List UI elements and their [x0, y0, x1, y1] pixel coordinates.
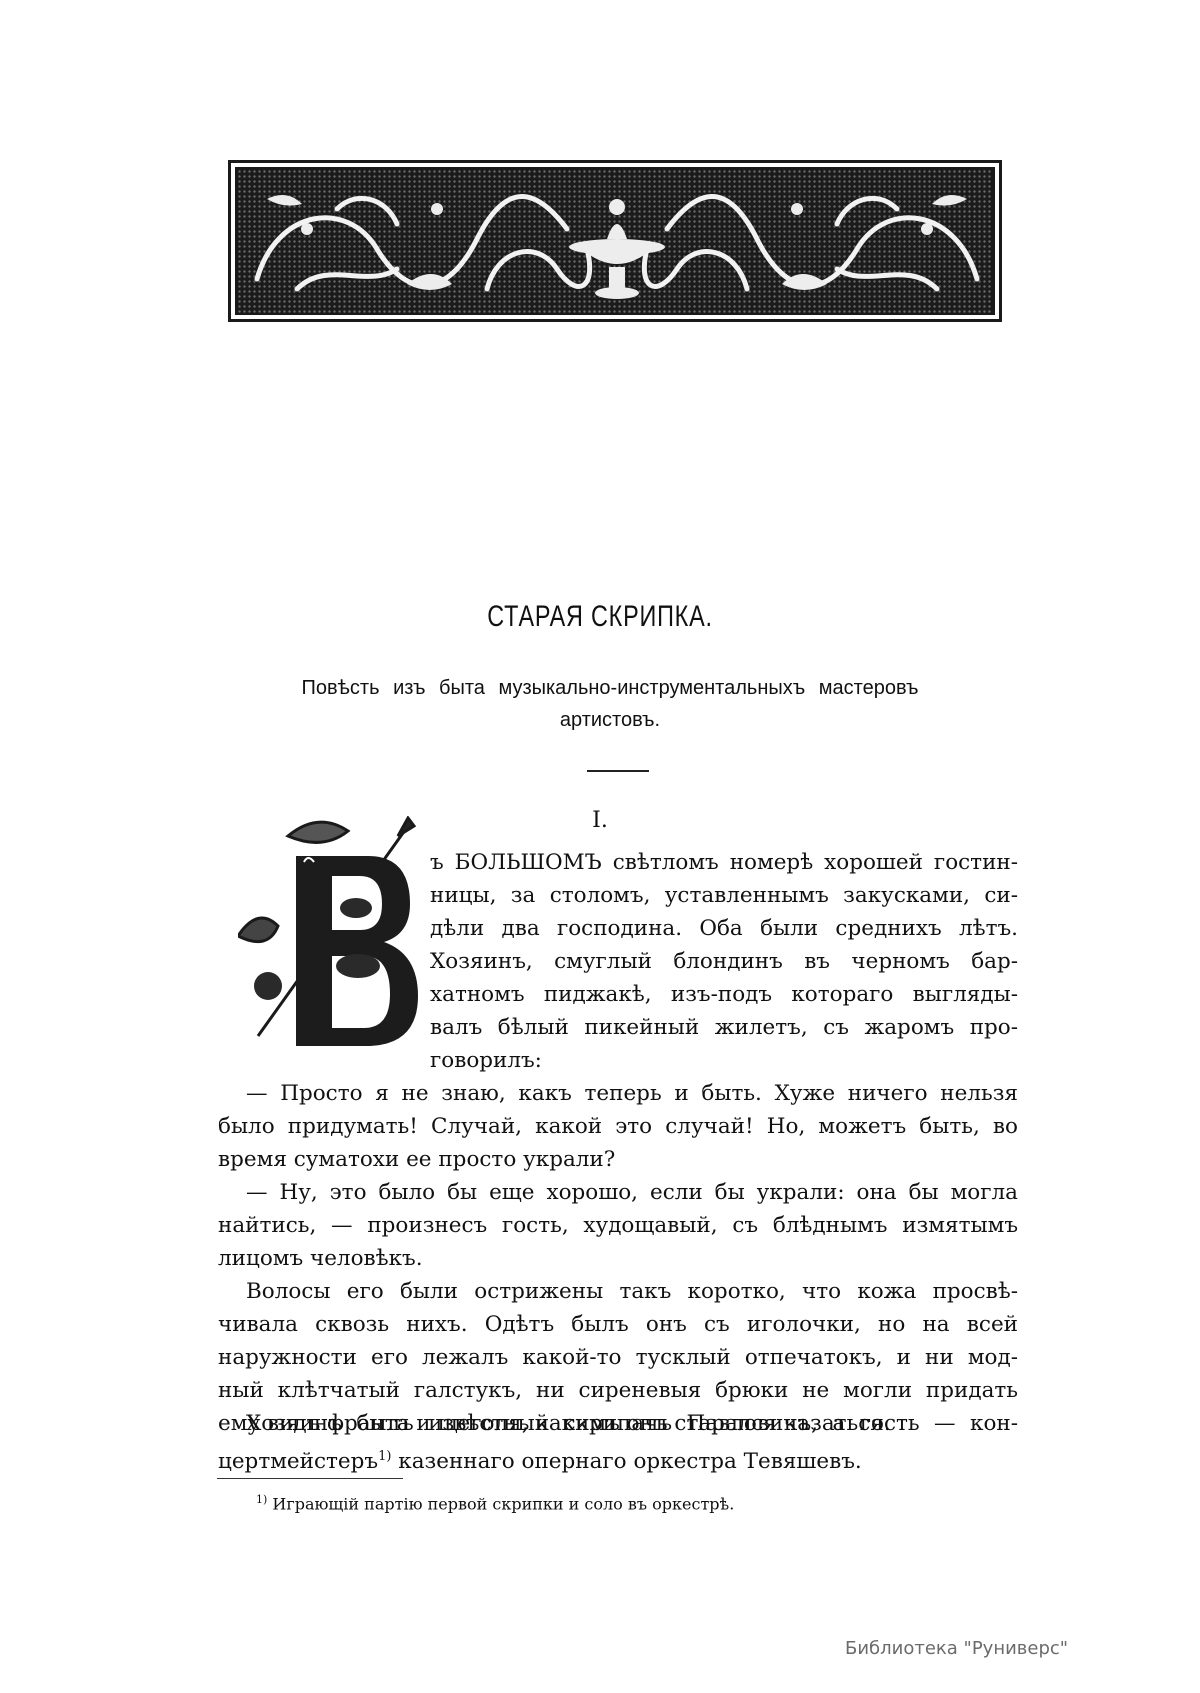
footnote-reference[interactable]: 1)	[378, 1449, 391, 1464]
text-line: время суматохи ее просто украли?	[218, 1143, 1018, 1176]
footnote-text: Играющій партію первой скрипки и соло въ…	[267, 1494, 734, 1513]
subtitle: Повѣсть изъ быта музыкально-инструментал…	[220, 672, 1000, 736]
text-line: ный клѣтчатый галстукъ, ни сиреневыя брю…	[218, 1374, 1018, 1407]
chapter-number: I.	[0, 808, 1200, 833]
text-line: валъ бѣлый пикейный жилетъ, съ жаромъ пр…	[218, 1011, 1018, 1044]
subtitle-line-1: Повѣсть изъ быта музыкально-инструментал…	[220, 672, 1000, 704]
subtitle-line-2: артистовъ.	[220, 704, 1000, 736]
page-title: СТАРАЯ СКРИПКА.	[132, 600, 1068, 634]
text-line: — Ну, это было бы еще хорошо, если бы ук…	[218, 1176, 1018, 1209]
text-line: говорилъ:	[218, 1044, 1018, 1077]
text-line: Хозяинъ былъ извѣстный скрипачъ Павлович…	[218, 1407, 1018, 1440]
text-line: Волосы его были острижены такъ коротко, …	[218, 1275, 1018, 1308]
text-line: было придумать! Случай, какой это случай…	[218, 1110, 1018, 1143]
text-line: Хозяинъ, смуглый блондинъ въ черномъ бар…	[218, 945, 1018, 978]
footnote: 1) Играющій партію первой скрипки и соло…	[256, 1488, 734, 1516]
floral-scroll-icon	[237, 169, 995, 315]
paragraph-2: — Просто я не знаю, какъ теперь и быть. …	[218, 1077, 1018, 1176]
text-line: лицомъ человѣкъ.	[218, 1242, 1018, 1275]
text-line: ъ БОЛЬШОМЪ свѣтломъ номерѣ хорошей гости…	[218, 846, 1018, 879]
text-segment: цертмейстеръ	[218, 1449, 378, 1474]
text-line: цертмейстеръ1) казеннаго опернаго оркест…	[218, 1440, 1018, 1478]
text-line: чивала сквозь нихъ. Одѣтъ былъ онъ съ иг…	[218, 1308, 1018, 1341]
paragraph-5: Хозяинъ былъ извѣстный скрипачъ Павлович…	[218, 1407, 1018, 1478]
library-watermark: Библиотека "Руниверс"	[845, 1638, 1068, 1659]
text-line: ницы, за столомъ, уставленнымъ закусками…	[218, 879, 1018, 912]
section-divider	[587, 770, 649, 772]
text-line: наружности его лежалъ какой-то тусклый о…	[218, 1341, 1018, 1374]
ornamental-headpiece	[228, 160, 1002, 322]
text-line: найтись, — произнесъ гость, худощавый, с…	[218, 1209, 1018, 1242]
paragraph-3: — Ну, это было бы еще хорошо, если бы ук…	[218, 1176, 1018, 1275]
text-segment: казеннаго опернаго оркестра Тевяшевъ.	[391, 1449, 861, 1474]
footnote-marker: 1)	[256, 1493, 267, 1506]
footnote-divider	[217, 1478, 403, 1479]
paragraph-1: ъ БОЛЬШОМЪ свѣтломъ номерѣ хорошей гости…	[218, 846, 1018, 1077]
text-line: хатномъ пиджакѣ, изъ-подъ котораго выгля…	[218, 978, 1018, 1011]
text-line: — Просто я не знаю, какъ теперь и быть. …	[218, 1077, 1018, 1110]
text-line: дѣли два господина. Оба были среднихъ лѣ…	[218, 912, 1018, 945]
headpiece-ornament-icon	[235, 167, 995, 315]
